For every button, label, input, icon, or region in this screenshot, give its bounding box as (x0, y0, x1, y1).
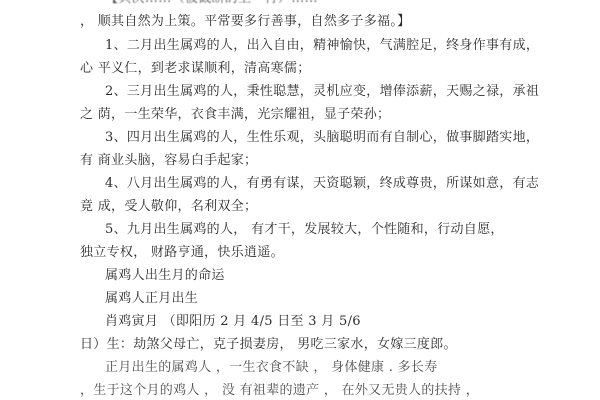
text-line-15: 日）生：劫煞父母亡，克子损妻房， 男吃三家水，女嫁三度郎。 (80, 337, 457, 353)
section-heading-birth-month-fate: 属鸡人出生月的命运 (105, 268, 225, 284)
document-page: 【其次……（被截断的上一行）…… ， 顺其自然为上策。平常要多行善事，自然多子多… (0, 0, 600, 400)
paragraph-item-4: 4、八月出生属鸡的人，有勇有谋，天资聪颖，终成尊贵，所谋如意，有志 (105, 176, 539, 192)
paragraph-item-3: 3、四月出生属鸡的人，生性乐观，头脑聪明而有自制心，做事脚踏实地， (105, 130, 539, 146)
text-line-7: 有 商业头脑，容易白手起家； (80, 153, 257, 169)
paragraph-item-5: 5、九月出生属鸡的人， 有才干，发展较大，个性随和，行动自愿， (105, 222, 504, 238)
subheading-first-month: 属鸡人正月出生 (105, 291, 198, 307)
text-line-3: 心 平义仁，到老求谋顺利，清高寒儒； (80, 61, 311, 77)
text-line-1: ， 顺其自然为上策。平常要多行善事，自然多子多福。】 (80, 14, 410, 30)
text-line-0-cut: 【其次……（被截断的上一行）…… (105, 0, 318, 7)
paragraph-item-2: 2、三月出生属鸡的人，秉性聪慧，灵机应变，增俸添薪，天赐之禄，承祖 (105, 84, 539, 100)
text-line-5: 之 荫，一生荣华，衣食丰满，光宗耀祖，显子荣孙； (80, 107, 390, 123)
text-line-11: 独立专权， 财路亨通，快乐逍遥。 (80, 245, 284, 261)
paragraph-item-1: 1、二月出生属鸡的人，出入自由，精神愉快，气满腔足，终身作事有成， (105, 38, 539, 54)
text-line-14: 肖鸡寅月 （即阳历 2 月 4/5 日至 3 月 5/6 (105, 314, 361, 330)
text-line-9: 竟 成，受人敬仰，名利双全； (80, 199, 257, 215)
text-line-16: 正月出生的属鸡人 ，一生衣食不缺 ， 身体健康 . 多长寿 (105, 360, 438, 376)
text-line-17: ，生于这个月的鸡人 ， 没 有祖辈的遗产 ， 在外又无贵人的扶持 ， (80, 383, 479, 399)
